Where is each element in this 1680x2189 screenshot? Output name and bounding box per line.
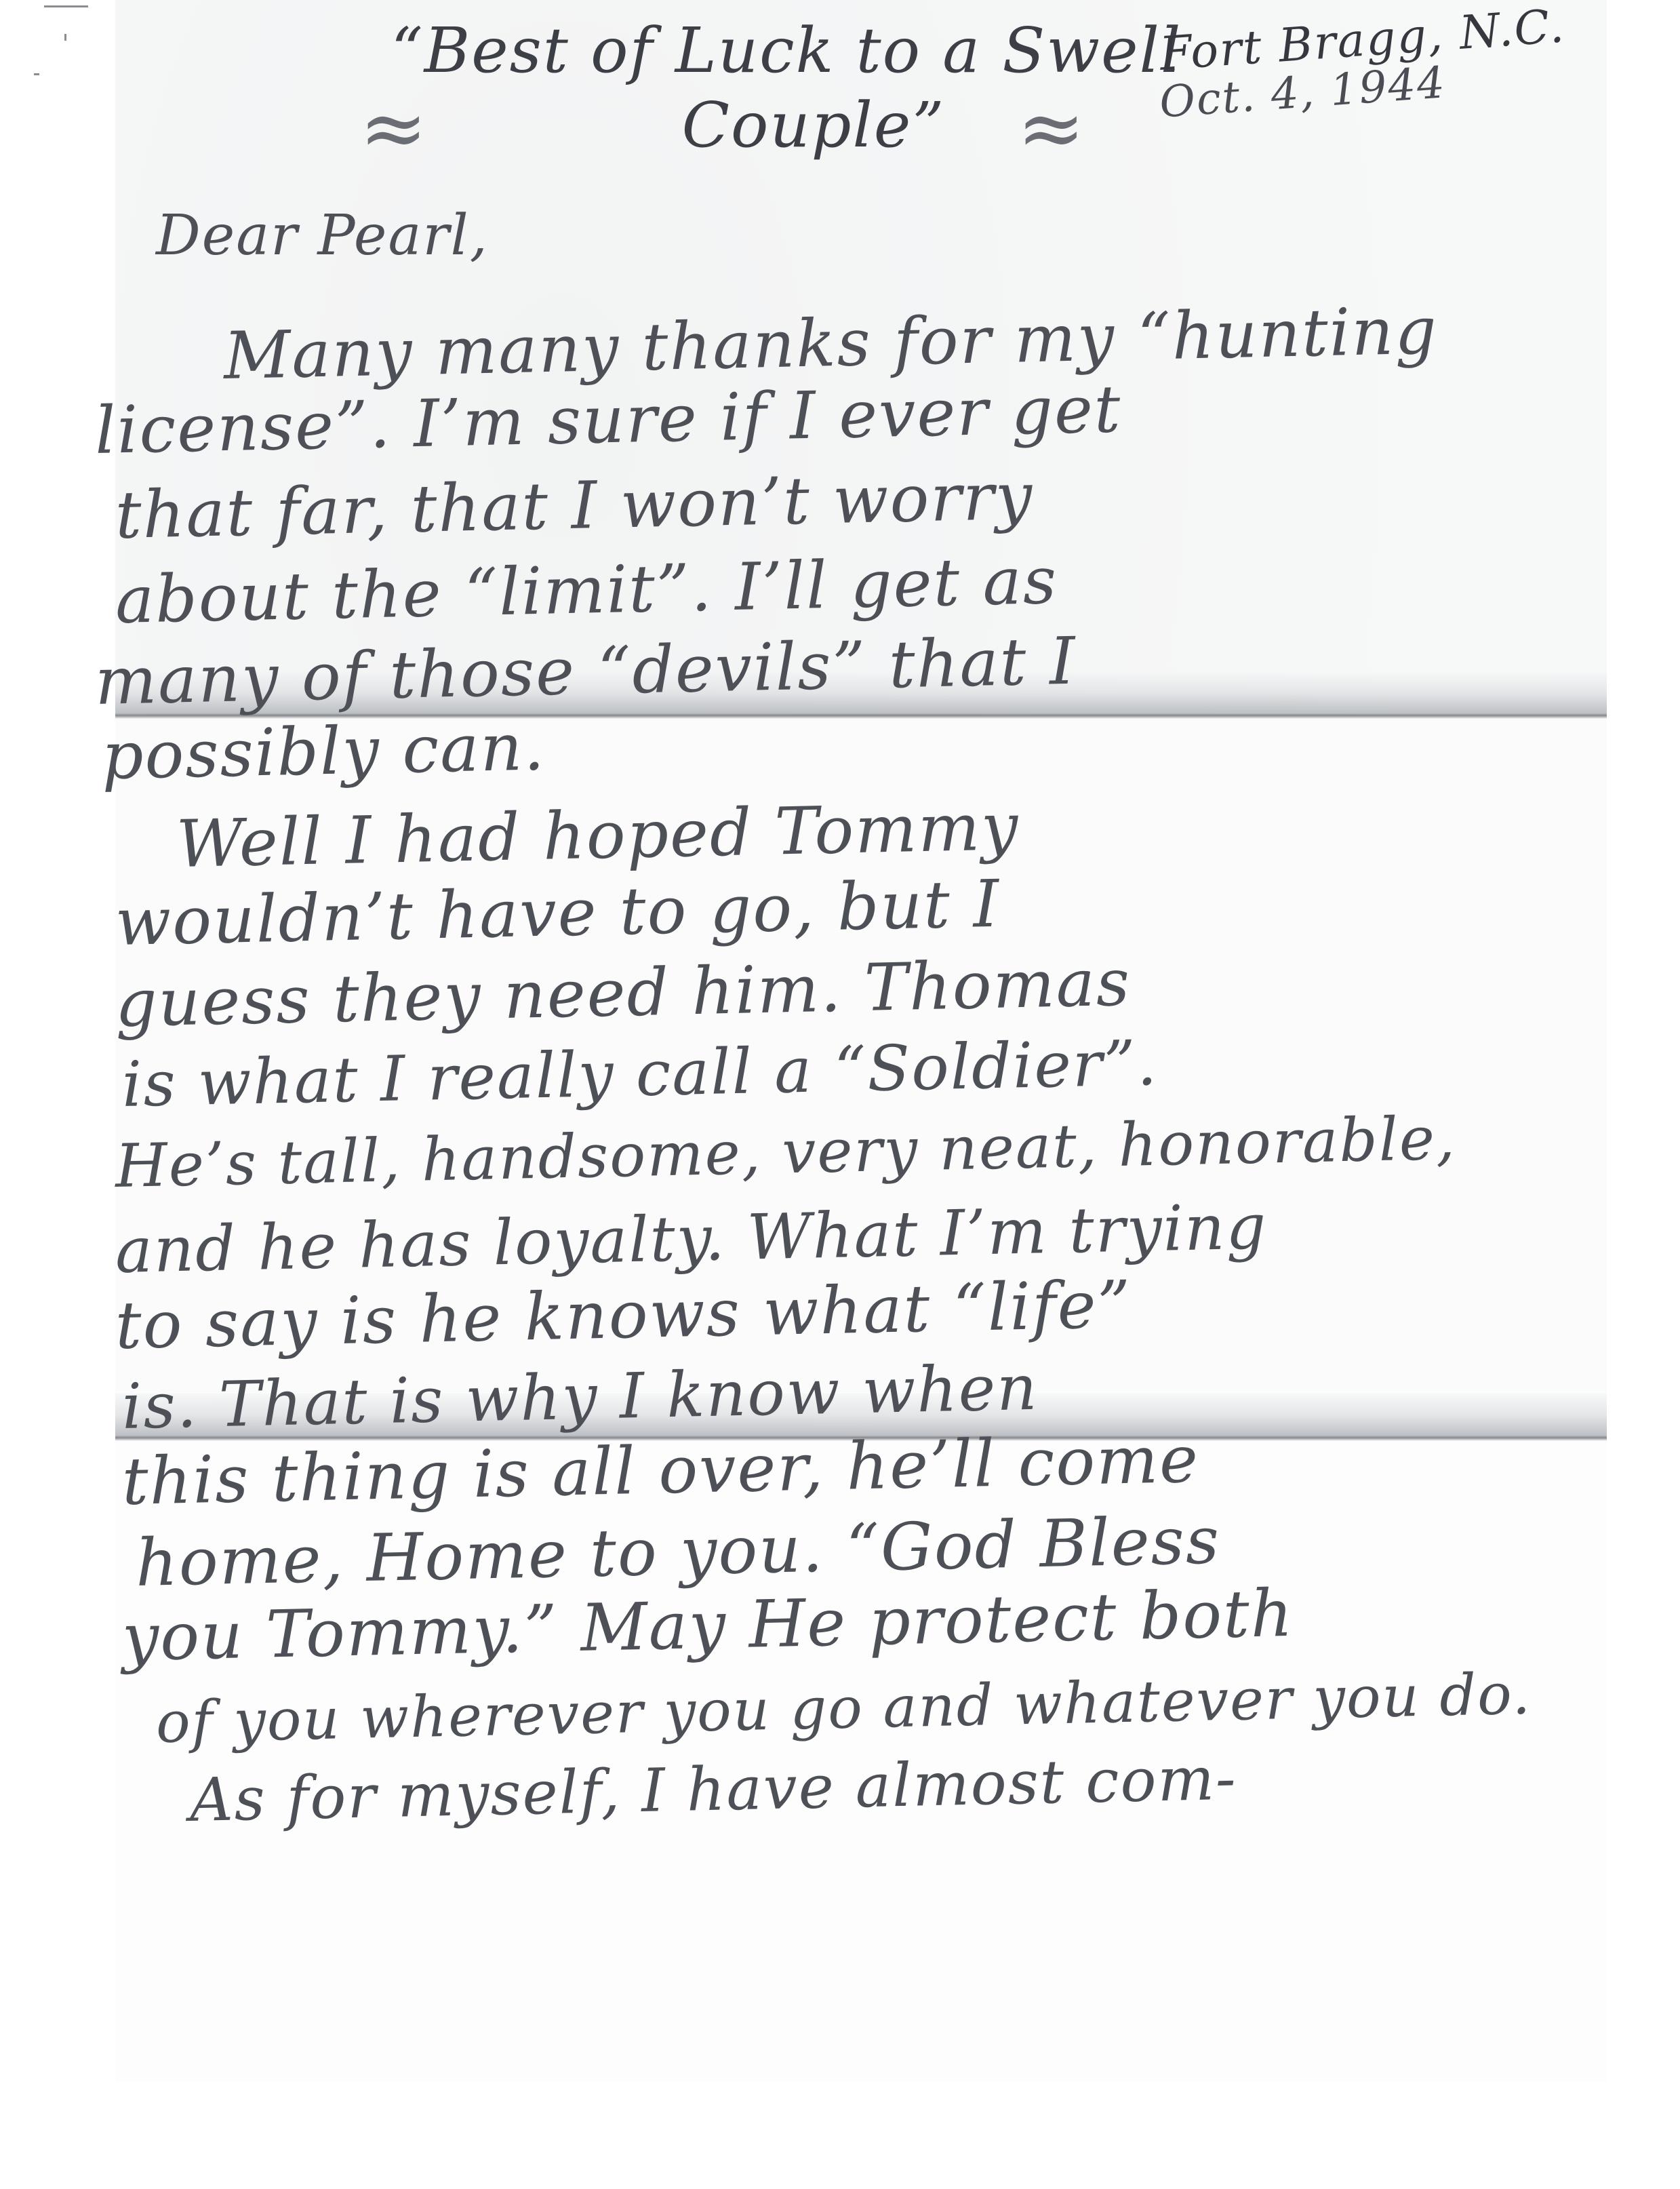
letter-salutation: Dear Pearl,: [156, 203, 489, 268]
letter-motto: “Best of Luck to a Swell Couple”: [346, 14, 1227, 163]
swirl-icon: ≈: [1017, 81, 1085, 176]
scan-mark: [64, 34, 66, 41]
motto-line-2: Couple”: [400, 88, 1227, 163]
letter-line: possibly can.: [101, 709, 546, 793]
letter-page: “Best of Luck to a Swell Couple” ≈ ≈ For…: [115, 0, 1607, 2082]
motto-line-1: “Best of Luck to a Swell: [391, 14, 1182, 87]
scan-mark: [44, 5, 88, 7]
scan-mark: [34, 73, 39, 75]
swirl-icon: ≈: [359, 81, 428, 176]
letter-line: that far, that I won’t worry: [115, 459, 1034, 553]
letter-line: about the “limit”. I’ll get as: [115, 543, 1058, 637]
